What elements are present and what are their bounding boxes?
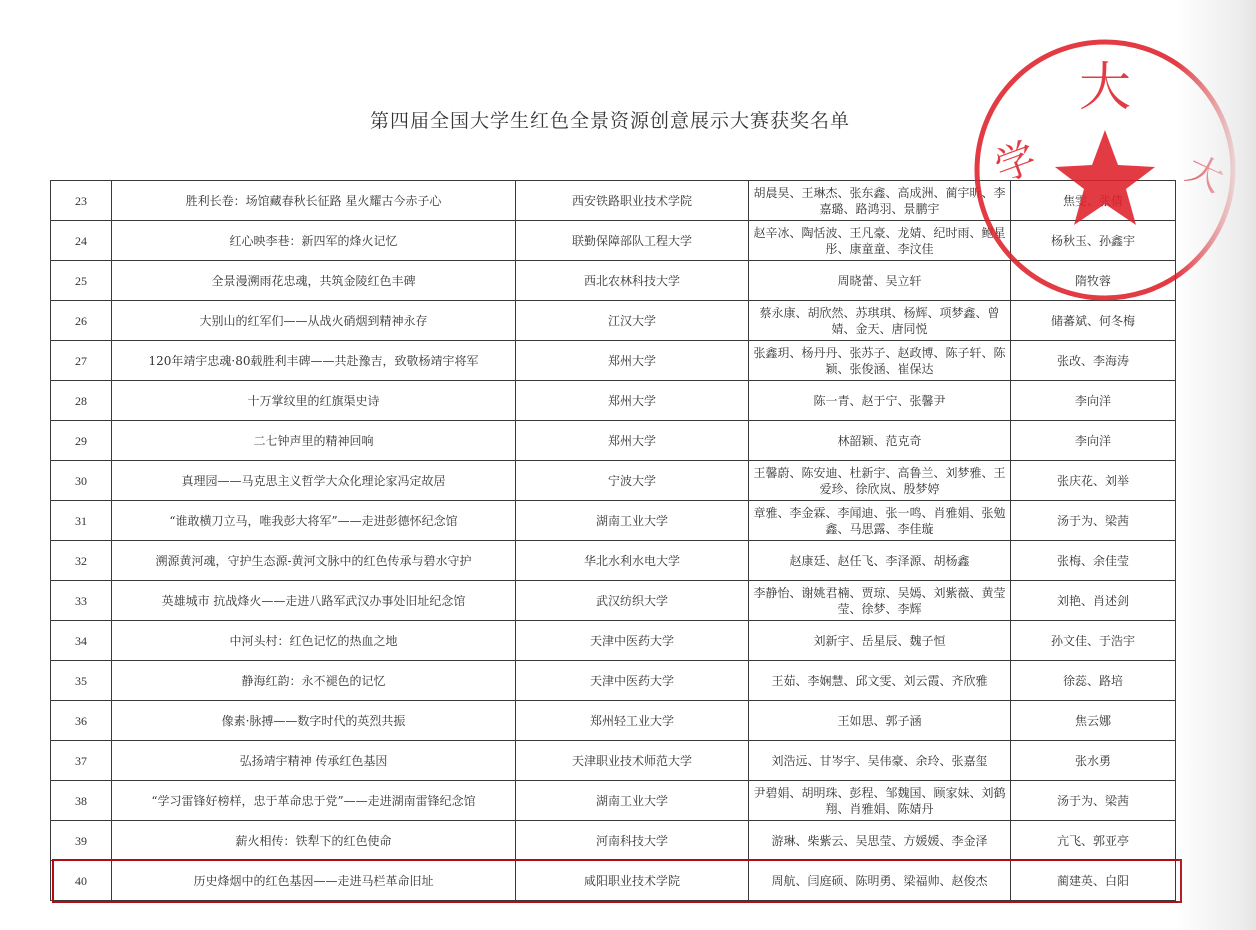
table-row: 23胜利长卷：场馆藏春秋长征路 星火耀古今赤子心西安铁路职业技术学院胡晨昊、王琳… — [51, 181, 1176, 221]
author-names: 李静怡、谢姚君楠、贾琼、吴嫣、刘紫薇、黄莹莹、徐梦、李辉 — [749, 581, 1011, 621]
row-number: 33 — [51, 581, 112, 621]
advisor-names: 刘艳、肖述剑 — [1011, 581, 1176, 621]
work-title: 大别山的红军们——从战火硝烟到精神永存 — [112, 301, 516, 341]
school-name: 天津职业技术师范大学 — [516, 741, 749, 781]
row-number: 35 — [51, 661, 112, 701]
document-title: 第四届全国大学生红色全景资源创意展示大赛获奖名单 — [0, 106, 1220, 133]
author-names: 王馨蔚、陈安迪、杜新宇、高鲁兰、刘梦雅、王爱珍、徐欣岚、殷梦婷 — [749, 461, 1011, 501]
work-title: 真理园——马克思主义哲学大众化理论家冯定故居 — [112, 461, 516, 501]
table-row: 35静海红韵：永不褪色的记忆天津中医药大学王茹、李娴慧、邱文雯、刘云霞、齐欣雅徐… — [51, 661, 1176, 701]
school-name: 天津中医药大学 — [516, 661, 749, 701]
table-row: 28十万掌纹里的红旗渠史诗郑州大学陈一青、赵于宁、张馨尹李向洋 — [51, 381, 1176, 421]
table-row: 27120年靖宇忠魂·80载胜利丰碑——共赴豫吉，致敬杨靖宇将军郑州大学张鑫玥、… — [51, 341, 1176, 381]
table-row: 30真理园——马克思主义哲学大众化理论家冯定故居宁波大学王馨蔚、陈安迪、杜新宇、… — [51, 461, 1176, 501]
awards-table: 23胜利长卷：场馆藏春秋长征路 星火耀古今赤子心西安铁路职业技术学院胡晨昊、王琳… — [50, 180, 1176, 901]
advisor-names: 孙文佳、于浩宇 — [1011, 621, 1176, 661]
advisor-names: 焦雯、张倩 — [1011, 181, 1176, 221]
school-name: 天津中医药大学 — [516, 621, 749, 661]
work-title: “谁敢横刀立马，唯我彭大将军”——走进彭德怀纪念馆 — [112, 501, 516, 541]
row-number: 30 — [51, 461, 112, 501]
row-number: 32 — [51, 541, 112, 581]
table-row: 39薪火相传：铁犁下的红色使命河南科技大学游琳、柴紫云、吴思莹、方媛媛、李金泽亢… — [51, 821, 1176, 861]
work-title: 120年靖宇忠魂·80载胜利丰碑——共赴豫吉，致敬杨靖宇将军 — [112, 341, 516, 381]
work-title: 弘扬靖宇精神 传承红色基因 — [112, 741, 516, 781]
author-names: 王茹、李娴慧、邱文雯、刘云霞、齐欣雅 — [749, 661, 1011, 701]
work-title: 十万掌纹里的红旗渠史诗 — [112, 381, 516, 421]
table-row: 36像素·脉搏——数字时代的英烈共振郑州轻工业大学王如思、郭子涵焦云娜 — [51, 701, 1176, 741]
school-name: 宁波大学 — [516, 461, 749, 501]
table-row: 38“学习雷锋好榜样，忠于革命忠于党”——走进湖南雷锋纪念馆湖南工业大学尹碧娟、… — [51, 781, 1176, 821]
advisor-names: 杨秋玉、孙鑫宇 — [1011, 221, 1176, 261]
advisor-names: 蔺建英、白阳 — [1011, 861, 1176, 901]
school-name: 武汉纺织大学 — [516, 581, 749, 621]
row-number: 34 — [51, 621, 112, 661]
table-row: 29二七钟声里的精神回响郑州大学林韶颖、范克奇李向洋 — [51, 421, 1176, 461]
school-name: 咸阳职业技术学院 — [516, 861, 749, 901]
school-name: 江汉大学 — [516, 301, 749, 341]
school-name: 华北水利水电大学 — [516, 541, 749, 581]
school-name: 郑州大学 — [516, 341, 749, 381]
author-names: 林韶颖、范克奇 — [749, 421, 1011, 461]
row-number: 29 — [51, 421, 112, 461]
row-number: 24 — [51, 221, 112, 261]
work-title: 全景漫溯雨花忠魂，共筑金陵红色丰碑 — [112, 261, 516, 301]
school-name: 西北农林科技大学 — [516, 261, 749, 301]
author-names: 王如思、郭子涵 — [749, 701, 1011, 741]
work-title: 红心映李巷：新四军的烽火记忆 — [112, 221, 516, 261]
work-title: 二七钟声里的精神回响 — [112, 421, 516, 461]
advisor-names: 张梅、余佳莹 — [1011, 541, 1176, 581]
advisor-names: 汤于为、梁茜 — [1011, 501, 1176, 541]
row-number: 28 — [51, 381, 112, 421]
author-names: 刘浩远、甘岑宇、吴伟豪、余玲、张嘉玺 — [749, 741, 1011, 781]
row-number: 37 — [51, 741, 112, 781]
work-title: 像素·脉搏——数字时代的英烈共振 — [112, 701, 516, 741]
advisor-names: 储蕃斌、何冬梅 — [1011, 301, 1176, 341]
table-row: 33英雄城市 抗战烽火——走进八路军武汉办事处旧址纪念馆武汉纺织大学李静怡、谢姚… — [51, 581, 1176, 621]
row-number: 36 — [51, 701, 112, 741]
school-name: 联勤保障部队工程大学 — [516, 221, 749, 261]
work-title: 溯源黄河魂，守护生态源-黄河文脉中的红色传承与碧水守护 — [112, 541, 516, 581]
author-names: 胡晨昊、王琳杰、张东鑫、高成洲、蔺宇昕、李嘉璐、路鸿羽、景鹏宇 — [749, 181, 1011, 221]
row-number: 40 — [51, 861, 112, 901]
school-name: 西安铁路职业技术学院 — [516, 181, 749, 221]
work-title: 英雄城市 抗战烽火——走进八路军武汉办事处旧址纪念馆 — [112, 581, 516, 621]
advisor-names: 李向洋 — [1011, 381, 1176, 421]
advisor-names: 李向洋 — [1011, 421, 1176, 461]
author-names: 章雅、李金霖、李闻迪、张一鸣、肖雅娟、张勉鑫、马思露、李佳璇 — [749, 501, 1011, 541]
author-names: 张鑫玥、杨丹丹、张苏子、赵政博、陈子轩、陈颖、张俊涵、崔保达 — [749, 341, 1011, 381]
school-name: 河南科技大学 — [516, 821, 749, 861]
row-number: 26 — [51, 301, 112, 341]
work-title: 胜利长卷：场馆藏春秋长征路 星火耀古今赤子心 — [112, 181, 516, 221]
advisor-names: 隋牧蓉 — [1011, 261, 1176, 301]
row-number: 23 — [51, 181, 112, 221]
author-names: 赵辛冰、陶恬波、王凡豪、龙婧、纪时雨、鲍星彤、康童童、李汶佳 — [749, 221, 1011, 261]
table-row: 34中河头村：红色记忆的热血之地天津中医药大学刘新宇、岳星辰、魏子恒孙文佳、于浩… — [51, 621, 1176, 661]
advisor-names: 焦云娜 — [1011, 701, 1176, 741]
table-row: 40历史烽烟中的红色基因——走进马栏革命旧址咸阳职业技术学院周航、闫庭硕、陈明勇… — [51, 861, 1176, 901]
awards-table-body: 23胜利长卷：场馆藏春秋长征路 星火耀古今赤子心西安铁路职业技术学院胡晨昊、王琳… — [51, 181, 1176, 901]
advisor-names: 徐蕊、路培 — [1011, 661, 1176, 701]
table-row: 32溯源黄河魂，守护生态源-黄河文脉中的红色传承与碧水守护华北水利水电大学赵康廷… — [51, 541, 1176, 581]
school-name: 湖南工业大学 — [516, 781, 749, 821]
table-row: 26大别山的红军们——从战火硝烟到精神永存江汉大学蔡永康、胡欣然、苏琪琪、杨辉、… — [51, 301, 1176, 341]
work-title: 薪火相传：铁犁下的红色使命 — [112, 821, 516, 861]
row-number: 38 — [51, 781, 112, 821]
row-number: 39 — [51, 821, 112, 861]
author-names: 游琳、柴紫云、吴思莹、方媛媛、李金泽 — [749, 821, 1011, 861]
row-number: 31 — [51, 501, 112, 541]
table-row: 24红心映李巷：新四军的烽火记忆联勤保障部队工程大学赵辛冰、陶恬波、王凡豪、龙婧… — [51, 221, 1176, 261]
table-row: 31“谁敢横刀立马，唯我彭大将军”——走进彭德怀纪念馆湖南工业大学章雅、李金霖、… — [51, 501, 1176, 541]
author-names: 周航、闫庭硕、陈明勇、梁福帅、赵俊杰 — [749, 861, 1011, 901]
author-names: 周晓蕾、吴立轩 — [749, 261, 1011, 301]
school-name: 湖南工业大学 — [516, 501, 749, 541]
advisor-names: 亢飞、郭亚亭 — [1011, 821, 1176, 861]
seal-char-right: 大 — [1180, 148, 1230, 200]
school-name: 郑州大学 — [516, 381, 749, 421]
row-number: 25 — [51, 261, 112, 301]
row-number: 27 — [51, 341, 112, 381]
author-names: 蔡永康、胡欣然、苏琪琪、杨辉、项梦鑫、曾婧、金天、唐同悦 — [749, 301, 1011, 341]
author-names: 赵康廷、赵任飞、李泽源、胡杨鑫 — [749, 541, 1011, 581]
advisor-names: 汤于为、梁茜 — [1011, 781, 1176, 821]
advisor-names: 张改、李海涛 — [1011, 341, 1176, 381]
page-edge-shadow — [1176, 0, 1256, 930]
advisor-names: 张水勇 — [1011, 741, 1176, 781]
table-row: 25全景漫溯雨花忠魂，共筑金陵红色丰碑西北农林科技大学周晓蕾、吴立轩隋牧蓉 — [51, 261, 1176, 301]
author-names: 尹碧娟、胡明珠、彭程、邹魏国、顾家妹、刘鹤翔、肖雅娟、陈婧丹 — [749, 781, 1011, 821]
work-title: 静海红韵：永不褪色的记忆 — [112, 661, 516, 701]
advisor-names: 张庆花、刘举 — [1011, 461, 1176, 501]
school-name: 郑州轻工业大学 — [516, 701, 749, 741]
work-title: 中河头村：红色记忆的热血之地 — [112, 621, 516, 661]
table-row: 37弘扬靖宇精神 传承红色基因天津职业技术师范大学刘浩远、甘岑宇、吴伟豪、余玲、… — [51, 741, 1176, 781]
school-name: 郑州大学 — [516, 421, 749, 461]
work-title: “学习雷锋好榜样，忠于革命忠于党”——走进湖南雷锋纪念馆 — [112, 781, 516, 821]
author-names: 陈一青、赵于宁、张馨尹 — [749, 381, 1011, 421]
author-names: 刘新宇、岳星辰、魏子恒 — [749, 621, 1011, 661]
work-title: 历史烽烟中的红色基因——走进马栏革命旧址 — [112, 861, 516, 901]
